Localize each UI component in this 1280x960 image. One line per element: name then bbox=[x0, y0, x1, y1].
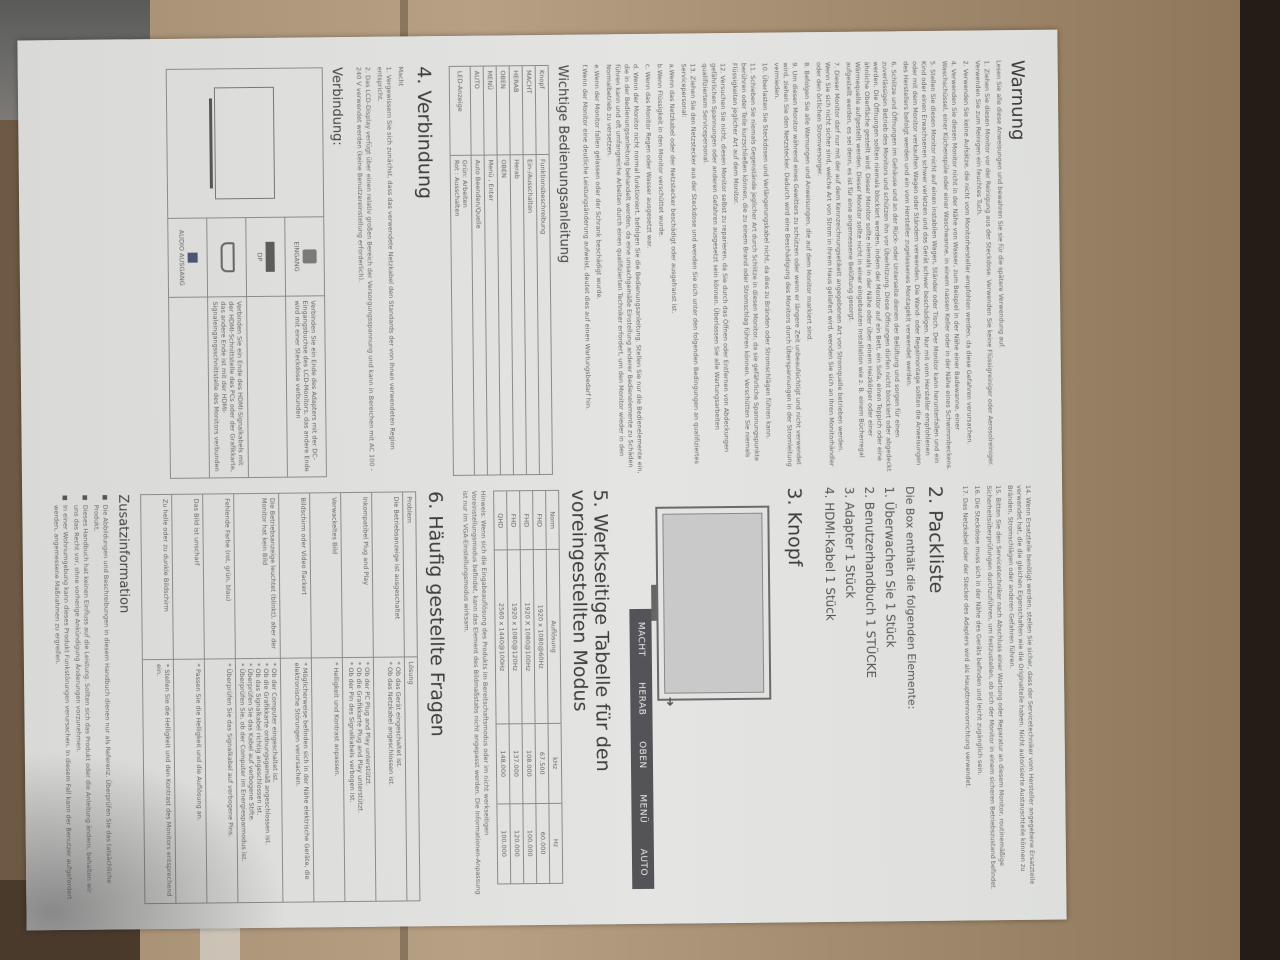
arrow-icon: ➜ bbox=[665, 697, 677, 709]
monitor-button-label: MENÜ bbox=[637, 794, 647, 823]
table-cell: 100.000 bbox=[497, 804, 511, 884]
port-description bbox=[247, 296, 288, 477]
paragraph: 7. Dieser Monitor darf nur mit der auf d… bbox=[814, 62, 845, 472]
paragraph: b.Wenn Flüssigkeit in den Monitor versch… bbox=[655, 64, 668, 474]
port-cell: DP bbox=[246, 217, 286, 296]
warning-paragraphs: 1. Ziehen Sie diesen Monitor vor der Rei… bbox=[580, 60, 995, 474]
paragraph: 13. Ziehen Sie den Netzstecker aus der S… bbox=[679, 63, 701, 473]
table-cell: 100.000 bbox=[523, 803, 537, 883]
table-cell: Bildschirm oder Video flackert bbox=[279, 493, 312, 658]
column-header: Hz bbox=[549, 803, 563, 883]
monitor-button-label: AUTO bbox=[638, 849, 648, 876]
warning-section: Warnung Lesen Sie alle diese Anweisungen… bbox=[580, 60, 1032, 475]
column-header: Knopf bbox=[535, 65, 549, 154]
paragraph: f.Wenn der Monitor eine deutliche Leistu… bbox=[580, 64, 593, 474]
faq-row: Die Betriebsanzeige ist ausgeschaltet* O… bbox=[372, 492, 407, 901]
paragraph: 9. Um diesen Monitor während eines Gewit… bbox=[772, 62, 803, 472]
button-row: LED-AnzeigeGrün: Arbeiten Rot : Ausschal… bbox=[449, 66, 474, 475]
audio-out-icon bbox=[188, 253, 198, 263]
button-heading: 3. Knopf bbox=[783, 487, 809, 897]
paragraph: 12. Versuchen Sie nicht, diesen Monitor … bbox=[700, 63, 731, 473]
hdmi-icon bbox=[220, 242, 234, 272]
table-cell: 148.000 bbox=[496, 724, 510, 804]
monitor-button-bar: MACHTHERABOBENMENÜAUTO bbox=[629, 609, 654, 889]
paragraph: 5. Stellen Sie diesen Monitor nicht auf … bbox=[901, 61, 941, 471]
warning-title: Warnung bbox=[1007, 60, 1032, 470]
table-cell: 2560 x 1440@100Hz bbox=[494, 550, 509, 723]
monitor-back-illustration bbox=[214, 87, 275, 200]
table-cell: 1920 x 1080@60Hz bbox=[533, 550, 548, 723]
packlist-item: 4. HDMI-Kabel 1 Stück bbox=[819, 487, 843, 897]
table-cell: 67.500 bbox=[535, 723, 549, 803]
column-header: kHz bbox=[548, 723, 562, 803]
warning-continued: 14. Wenn Ersatzteile benötigt werden, st… bbox=[960, 485, 1036, 896]
connection-diagram-table: EINGANGVerbinden Sie ein Ende des Adapte… bbox=[166, 67, 327, 479]
table-cell: Zu helle oder zu dunkle Bildschirm bbox=[141, 494, 174, 659]
button-function-table: KnopfFunktionsbeschreibung MACHTEin-/Aus… bbox=[449, 65, 553, 476]
table-cell: 120.000 bbox=[510, 803, 524, 883]
monitor-button-label: OBEN bbox=[637, 741, 647, 769]
table-cell: MENÜ bbox=[483, 66, 497, 155]
paragraph: 2. Verwenden Sie keine Aufsätze, die nic… bbox=[961, 60, 974, 470]
paragraph: 6. Schlitze und Öffnungen im Gehäuse und… bbox=[844, 61, 902, 472]
table-cell: AUTO bbox=[470, 66, 484, 155]
table-cell: 137.000 bbox=[509, 724, 523, 804]
table-cell: QHD bbox=[494, 491, 508, 551]
faq-row: Verwackeltes Bild* Helligkeit und Kontra… bbox=[310, 493, 345, 902]
paragraph: 11. Schieben Sie niemals Gegenstände jeg… bbox=[730, 63, 761, 473]
paragraph: e.Wenn der Monitor fallen gelassen oder … bbox=[592, 64, 605, 474]
left-column: Warnung Lesen Sie alle diese Anweisungen… bbox=[166, 60, 1032, 479]
port-cell: AUDIO AUSGANG bbox=[168, 218, 208, 297]
faq-heading: 6. Häufig gestellte Fragen bbox=[424, 491, 450, 901]
paragraph: a.Wenn das Netzkabel oder der Netzstecke… bbox=[667, 64, 680, 474]
background-shadow bbox=[1240, 0, 1280, 960]
port-cell bbox=[207, 218, 247, 297]
table-cell: * Ob der PC Plug and Play unterstützt. *… bbox=[342, 657, 376, 901]
table-cell: FHD bbox=[507, 491, 521, 551]
table-cell: * Ob das Gerät eingeschaltet ist. * Ob d… bbox=[373, 657, 407, 901]
manual-sheet: Warnung Lesen Sie alle diese Anweisungen… bbox=[17, 30, 1066, 931]
paragraph: 2. Das LCD-Display verfügt über einen re… bbox=[354, 67, 376, 477]
paragraph: 15. Bitten Sie den Servicetechniker nach… bbox=[984, 485, 1006, 895]
port-label: AUDIO AUSGANG bbox=[177, 230, 186, 286]
paragraph: 4. Verwenden Sie diesen Monitor nicht in… bbox=[940, 61, 962, 471]
paragraph: 8. Befolgen Sie alle Warnungen und Anwei… bbox=[802, 62, 815, 472]
warning-intro: Lesen Sie alle diese Anweisungen und bew… bbox=[994, 60, 1007, 470]
packlist-intro: Die Box enthält die folgenden Elemente: bbox=[903, 486, 920, 896]
column-header: Norm bbox=[546, 490, 560, 550]
hand-shadow bbox=[25, 748, 287, 931]
table-cell: 1920 x 1080@120Hz bbox=[507, 550, 522, 723]
paragraph: d. Wenn der Monitor nicht normal funktio… bbox=[604, 64, 644, 474]
paragraph: 16. Die Steckdose muss sich in der Nähe … bbox=[972, 485, 985, 895]
port-description: Verbinden Sie ein Ende des HDMI-Signalka… bbox=[208, 297, 249, 478]
preset-modes-table: NormAuflösungkHzHz FHD1920 x 1080@60Hz67… bbox=[493, 490, 563, 884]
paragraph: 1. Vergewissern Sie sich zunächst, dass … bbox=[375, 67, 397, 477]
table-cell: Verwackeltes Bild bbox=[310, 493, 343, 658]
table-cell: LED-Anzeige bbox=[449, 66, 471, 155]
column-header: Auflösung bbox=[546, 550, 561, 723]
port-label: EINGANG bbox=[292, 241, 300, 271]
monitor-button-label: MACHT bbox=[635, 622, 645, 657]
port-cell: EINGANG bbox=[285, 217, 325, 296]
table-cell: 60.000 bbox=[536, 803, 550, 883]
power-input-icon bbox=[303, 249, 317, 263]
monitor-illustration bbox=[655, 506, 771, 701]
preset-modes-heading: 5. Werkseitige Tabelle für den voreinges… bbox=[567, 489, 615, 899]
paragraph: c. Wenn das Monitor Regen oder Wasser au… bbox=[643, 64, 656, 474]
table-cell: OBEN bbox=[496, 66, 510, 155]
displayport-icon bbox=[266, 242, 275, 272]
paragraph: 10. Überlasten Sie Steckdosen und Verlän… bbox=[760, 63, 773, 473]
port-description: Verbinden Sie ein Ende des Adapters mit … bbox=[286, 296, 327, 477]
table-cell: Die Betriebsanzeige ist ausgeschaltet bbox=[372, 492, 405, 657]
connection-diagram-title: Verbindung: bbox=[329, 67, 348, 477]
table-cell: Die Betriebsanzeige leuchtet (blinkt), a… bbox=[234, 493, 281, 658]
monitor-stand bbox=[651, 585, 656, 621]
table-cell: 108.000 bbox=[522, 723, 536, 803]
monitor-button-diagram: ➜ MACHTHERABOBENMENÜAUTO bbox=[625, 488, 779, 900]
table-cell: * Helligkeit und Kontrast anpassen. bbox=[311, 658, 345, 902]
manual-page: Warnung Lesen Sie alle diese Anweisungen… bbox=[17, 30, 1066, 931]
port-row: EINGANGVerbinden Sie ein Ende des Adapte… bbox=[283, 68, 326, 477]
column-header: Lösung bbox=[404, 657, 420, 901]
table-cell: HERAB bbox=[509, 66, 523, 155]
paragraph: 14. Wenn Ersatzteile benötigt werden, st… bbox=[1005, 485, 1036, 895]
monitor-back-cell bbox=[166, 68, 324, 219]
table-cell: FHD bbox=[533, 490, 547, 550]
packlist-heading: 2. Packliste bbox=[924, 486, 950, 896]
faq-row: Inkompatibel Plug and Play* Ob der PC Pl… bbox=[341, 492, 376, 901]
preset-modes-note: Hinweis: Wenn sich die Eingabeauflösung … bbox=[460, 491, 491, 901]
column-header: Problem bbox=[403, 492, 418, 657]
table-cell: Inkompatibel Plug and Play bbox=[341, 492, 374, 657]
port-description bbox=[169, 297, 210, 478]
paragraph: 17. Das Netzkabel oder der Stecker des A… bbox=[960, 486, 973, 896]
connection-heading: 4. Verbindung bbox=[413, 66, 439, 476]
table-cell: Grün: Arbeiten Rot : Ausschalten bbox=[450, 155, 474, 475]
operation-title: Wichtige Bedienungsanleitung bbox=[555, 65, 574, 475]
table-cell: 1920 X 1080@100Hz bbox=[520, 550, 535, 723]
paragraph: 1. Ziehen Sie diesen Monitor vor der Rei… bbox=[973, 60, 995, 470]
monitor-button-label: HERAB bbox=[636, 682, 646, 715]
table-cell: Das Bild ist unscharf bbox=[172, 494, 205, 659]
table-cell: Fehlende Farbe (rot, grün, blau) bbox=[203, 494, 236, 659]
connection-paragraphs: 1. Vergewissern Sie sich zunächst, dass … bbox=[354, 67, 397, 477]
packlist-items: 1. Überwachen Sie 1 Stück2. Benutzerhand… bbox=[819, 486, 903, 897]
port-label: DP bbox=[256, 252, 264, 261]
table-cell: FHD bbox=[520, 491, 534, 551]
table-cell: MACHT bbox=[522, 66, 536, 155]
connection-subtitle: Macht bbox=[396, 66, 409, 476]
